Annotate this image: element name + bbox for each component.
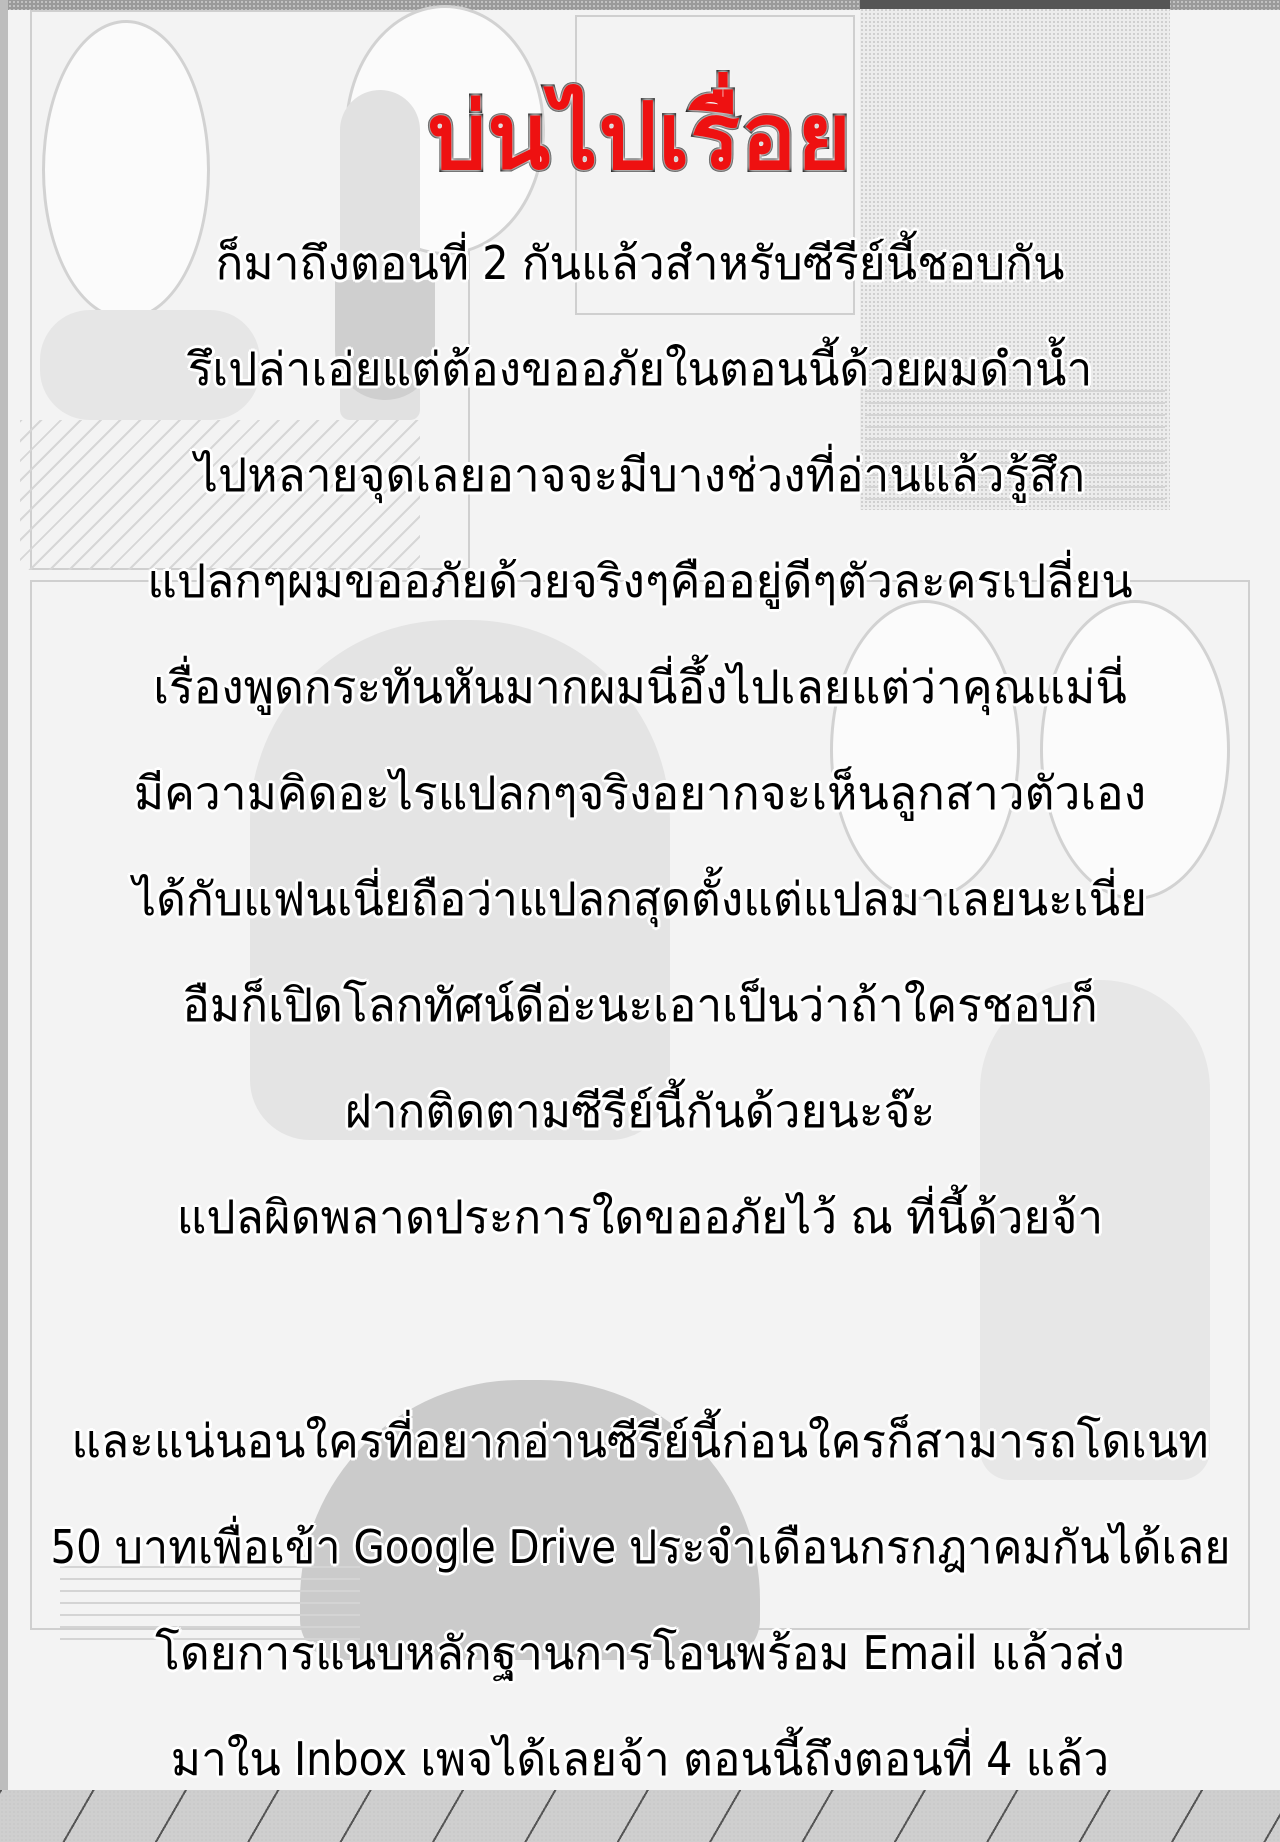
page-title: บ่นไปเรื่อย xyxy=(0,82,1280,192)
note-line: ฝากติดตามซีรีย์นี้กันด้วยนะจ๊ะ xyxy=(0,1076,1280,1146)
note-line: 50 บาทเพื่อเข้า Google Drive ประจำเดือนก… xyxy=(0,1512,1280,1582)
note-line: และแน่นอนใครที่อยากอ่านซีรีย์นี้ก่อนใครก… xyxy=(0,1406,1280,1476)
note-line: ก็มาถึงตอนที่ 2 กันแล้วสำหรับซีรีย์นี้ชอ… xyxy=(0,228,1280,298)
note-line: อืมก็เปิดโลกทัศน์ดีอ่ะนะเอาเป็นว่าถ้าใคร… xyxy=(0,970,1280,1040)
note-line: เรื่องพูดกระทันหันมากผมนี่อึ้งไปเลยแต่ว่… xyxy=(0,652,1280,722)
note-line: ไปหลายจุดเลยอาจจะมีบางช่วงที่อ่านแล้วรู้… xyxy=(0,440,1280,510)
translator-note: บ่นไปเรื่อย ก็มาถึงตอนที่ 2 กันแล้วสำหรั… xyxy=(0,0,1280,1842)
note-line: ได้กับแฟนเนี่ยถือว่าแปลกสุดตั้งแต่แปลมาเ… xyxy=(0,864,1280,934)
note-line: แปลผิดพลาดประการใดขออภัยไว้ ณ ที่นี้ด้วย… xyxy=(0,1182,1280,1252)
note-line: โดยการแนบหลักฐานการโอนพร้อม Email แล้วส่… xyxy=(0,1618,1280,1688)
note-line: มีความคิดอะไรแปลกๆจริงอยากจะเห็นลูกสาวตั… xyxy=(0,758,1280,828)
note-line: มาใน Inbox เพจได้เลยจ้า ตอนนี้ถึงตอนที่ … xyxy=(0,1724,1280,1794)
note-line: รึเปล่าเอ่ยแต่ต้องขออภัยในตอนนี้ด้วยผมดำ… xyxy=(0,334,1280,404)
note-line: แปลกๆผมขออภัยด้วยจริงๆคืออยู่ดีๆตัวละครเ… xyxy=(0,546,1280,616)
